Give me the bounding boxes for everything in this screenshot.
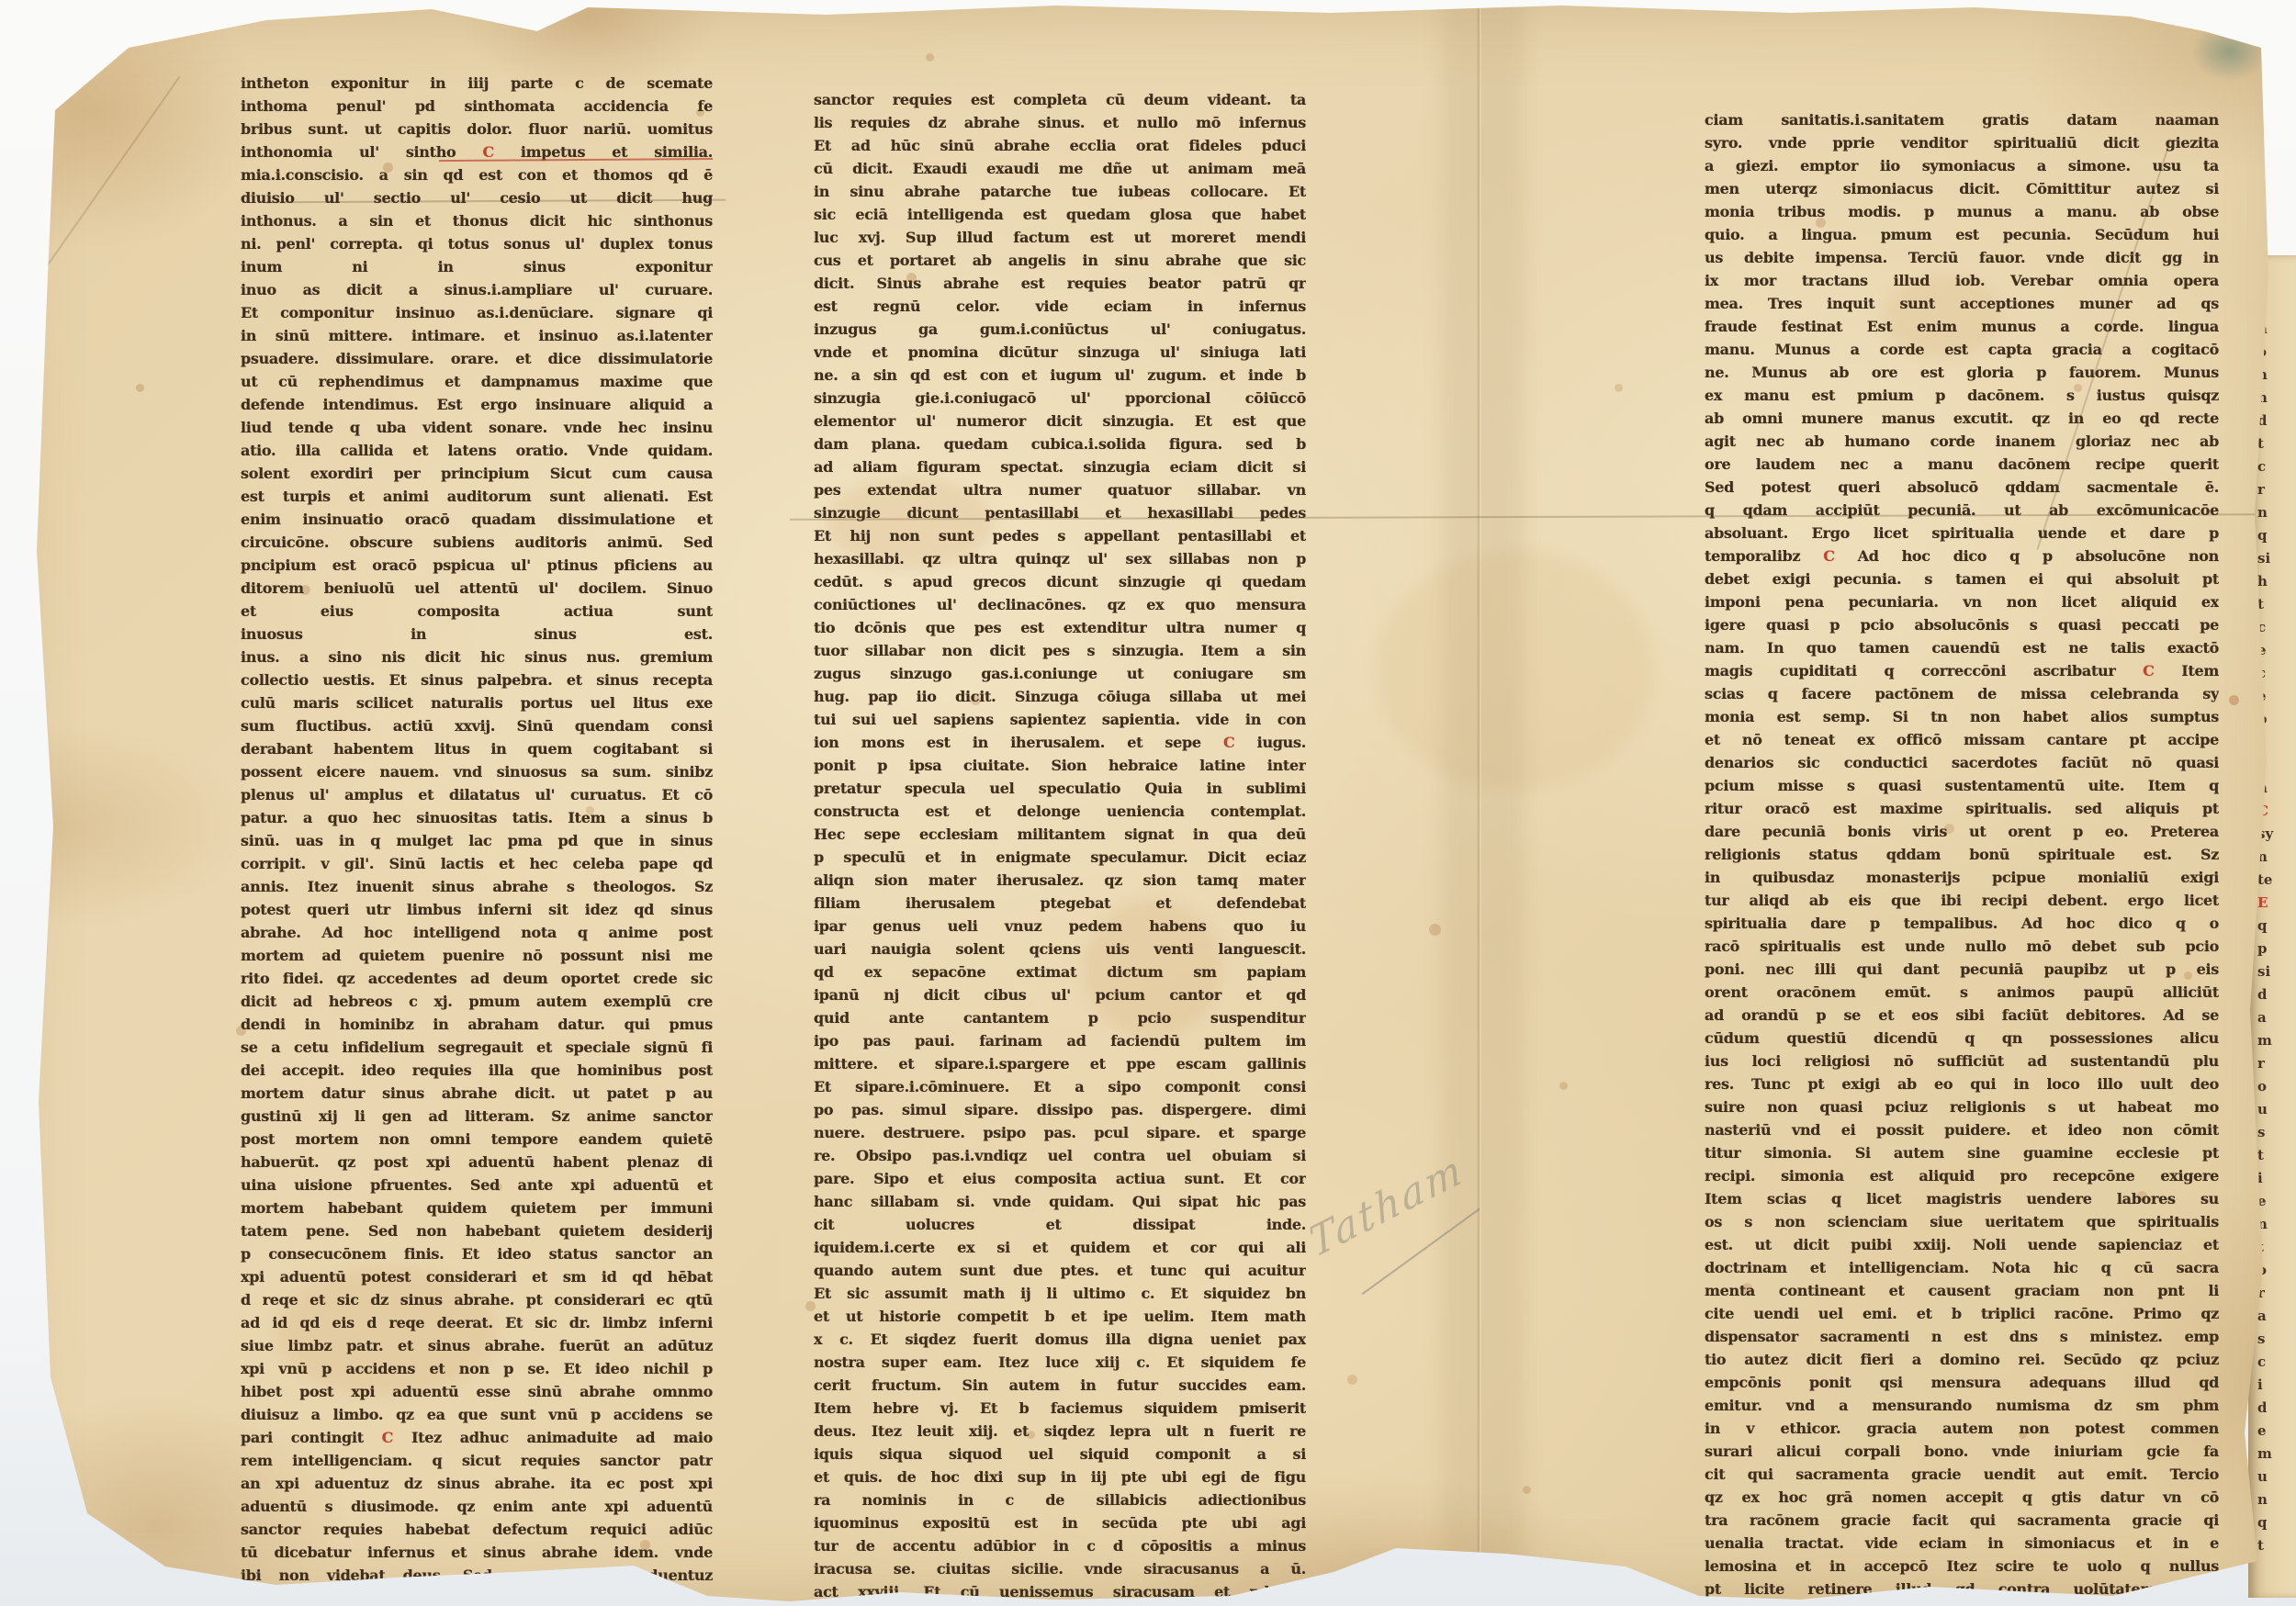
text-line: ciam sanitatis.i.sanitatem gratis datam …: [1705, 108, 2219, 131]
edge-letter-fragment: s: [2257, 1121, 2294, 1144]
text-line: doctrinam et intelligenciam. Nota hic q …: [1705, 1256, 2219, 1279]
text-line: luc xvj. Sup illud factum est ut moreret…: [814, 226, 1306, 249]
text-line: liud tende q uba vident sonare. vnde hec…: [241, 416, 713, 439]
text-line: Sinthoma penul' pd sinthomata accidencia…: [241, 95, 713, 118]
edge-letter-fragment: c: [2257, 455, 2294, 478]
text-line: sinū. uas in q mulget lac pma pd que in …: [241, 829, 713, 852]
text-line: nostra super eam. Itez luce xiij c. Et s…: [814, 1351, 1306, 1374]
edge-letter-fragment: c: [2257, 1351, 2294, 1374]
text-line: pt licite retinere illud qd contra uolūt…: [1705, 1578, 2219, 1600]
text-line: et ut historie competit b et ipe uelim. …: [814, 1305, 1306, 1328]
edge-letter-fragment: a: [2257, 1305, 2294, 1328]
text-line: Sipar genus ueli vnuz pedem habens quo i…: [814, 915, 1306, 938]
text-line: Sinzugus ga gum.i.coniūctus ul' coniugat…: [814, 318, 1306, 341]
text-line: ni. penl' correpta. qi totus sonus ul' d…: [241, 232, 713, 255]
edge-letter-fragment: t: [2257, 432, 2294, 455]
text-line: pes extendat ultra numer quatuor sillaba…: [814, 478, 1306, 501]
text-line: res. Tunc pt exigi ab eo qui in loco ill…: [1705, 1073, 2219, 1095]
text-line: habuerūt. qz post xpi aduentū habent ple…: [241, 1151, 713, 1174]
text-line: coniūctiones ul' declinacōnes. qz ex quo…: [814, 593, 1306, 616]
text-line: sanctor requies est completa cū deum vid…: [814, 88, 1306, 111]
text-line: tuor sillabar non dicit pes s sinzugia. …: [814, 639, 1306, 662]
text-line: possent eicere nauem. vnd sinuosus sa su…: [241, 760, 713, 783]
text-line: nasteriū vnd ei possit puidere. et ideo …: [1705, 1118, 2219, 1141]
text-line: cite uendi uel emi. et b triplici racōne…: [1705, 1302, 2219, 1325]
text-line: Sinuosus in sinus est.: [241, 623, 713, 646]
text-line: qz ex hoc grā nomen accepit q gtis datur…: [1705, 1486, 2219, 1509]
text-line: dispensator sacramenti n est dns s minis…: [1705, 1325, 2219, 1348]
text-line: ponit p ipsa ciuitate. Sion hebraice lat…: [814, 754, 1306, 777]
text-line: cūdum questiū dicendū q qn possessiones …: [1705, 1027, 2219, 1050]
text-line: zugus sinzugo gas.i.coniunge ut coniugar…: [814, 662, 1306, 685]
edge-letter-fragment: sy: [2257, 823, 2294, 846]
text-line: siue limbz patr. et sinus abrahe. fuerūt…: [241, 1334, 713, 1357]
text-line: Sipo pas paui. farinam ad faciendū pulte…: [814, 1029, 1306, 1052]
edge-letter-fragment: E: [2257, 892, 2294, 915]
text-line: agit nec ab humano corde inanem gloriaz …: [1705, 430, 2219, 453]
rubric-paragraph-mark: C: [382, 1429, 393, 1446]
text-line: titur simonia. Si autem sine guamine ecc…: [1705, 1141, 2219, 1164]
text-line: xpi aduentū potest considerari et sm id …: [241, 1265, 713, 1288]
text-line: dare pecuniā bonis viris ut orent p eo. …: [1705, 820, 2219, 843]
edge-letter-fragment: e: [2257, 1420, 2294, 1443]
edge-letter-fragment: e: [2257, 1190, 2294, 1213]
edge-letter-fragment: n: [2257, 387, 2294, 410]
stain: [1378, 551, 1653, 790]
text-line: Sinus. a sino nis dicit hic sinus nus. g…: [241, 646, 713, 668]
text-line: cerit fructum. Sin autem in futur succid…: [814, 1374, 1306, 1397]
text-line: pari contingit C Itez adhuc animaduite a…: [241, 1426, 713, 1449]
text-line: sum fluctibus. actiū xxvij. Sinū quendam…: [241, 714, 713, 737]
text-line: temporalibz C Ad hoc dico q p absolucōne…: [1705, 545, 2219, 567]
text-line: cū dicit. Exaudi exaudi me dñe ut animam…: [814, 157, 1306, 180]
text-line: annis. Itez inuenit sinus abrahe s theol…: [241, 875, 713, 898]
text-line: in v ethicor. gracia autem non potest co…: [1705, 1417, 2219, 1440]
text-line: Sinuo as dicit a sinus.i.ampliare ul' cu…: [241, 278, 713, 301]
edge-letter-fragment: t: [2257, 593, 2294, 616]
text-line: monia est semp. Si tn non habet alios su…: [1705, 705, 2219, 728]
text-line: ne. a sin qd est con et iugum ul' zugum.…: [814, 364, 1306, 387]
text-line: sinzugia gie.i.coniugacō ul' pporcional …: [814, 387, 1306, 410]
text-line: Sinthonomia ul' sintho C impetus et simi…: [241, 140, 713, 163]
text-line: fraude festinat Est enim munus a corde. …: [1705, 315, 2219, 338]
text-line: ix mor tractans illud iob. Verebar omnia…: [1705, 269, 2219, 292]
text-line: dei accepit. ideo requies illa que homin…: [241, 1059, 713, 1082]
text-line: dicit ad hebreos c xj. pmum autem exempl…: [241, 990, 713, 1013]
text-line: os s non scienciam siue ueritatem que sp…: [1705, 1210, 2219, 1233]
text-line: sic eciā intelligenda est quedam glosa q…: [814, 203, 1306, 226]
text-line: d reqe et sic dz sinus abrahe. pt consid…: [241, 1288, 713, 1311]
text-line: scias q facere pactōnem de missa celebra…: [1705, 682, 2219, 705]
text-line: qd ex sepacōne extimat dictum sm papiam: [814, 960, 1306, 983]
text-line: Et sic assumit math ij li ultimo c. Et s…: [814, 1282, 1306, 1305]
edge-letter-fragment: a: [2257, 1006, 2294, 1029]
text-line: ritur oracō est maxime spiritualis. sed …: [1705, 797, 2219, 820]
text-line: sinzugie dicunt pentasillabi et hexasill…: [814, 501, 1306, 524]
text-line: patur. a quo hec sinuositas tatis. Item …: [241, 806, 713, 829]
text-line: diuisuz a limbo. qz ea que sunt vnū p ac…: [241, 1403, 713, 1426]
text-line: hug. pap iio dicit. Sinzuga cōiuga silla…: [814, 685, 1306, 708]
text-line: nuere. destruere. psipo pas. pcul sipare…: [814, 1121, 1306, 1144]
text-line: tra racōnem gracie facit qui sacramenta …: [1705, 1509, 2219, 1532]
text-line: se a cetu infidelium segregauit et speci…: [241, 1036, 713, 1059]
edge-letter-fragment: n: [2257, 1488, 2294, 1511]
rubric-paragraph-mark: C: [482, 143, 493, 161]
text-line: et eius composita actiua sunt: [241, 600, 713, 623]
edge-letter-fragment: u: [2257, 1098, 2294, 1121]
text-line: a giezi. emptor iio symoniacus a simone.…: [1705, 154, 2219, 177]
text-line: tio dcōnis que pes est extenditur ultra …: [814, 616, 1306, 639]
text-line: in sinu abrahe patarche tue iubeas collo…: [814, 180, 1306, 203]
text-line: est turpis et animi auditorum sunt alien…: [241, 485, 713, 508]
text-line: diuisio ul' sectio ul' cesio ut dicit hu…: [241, 186, 713, 209]
text-line: tui sui uel sapiens sapientez sapientia.…: [814, 708, 1306, 731]
green-stain: [2191, 22, 2268, 81]
text-line: Et sipare.i.cōminuere. Et a sipo componi…: [814, 1075, 1306, 1098]
text-line: absoluant. Ergo licet spiritualia uende …: [1705, 522, 2219, 545]
pencil-inscription: Tatham: [1306, 1148, 1468, 1264]
text-line: Siracusa se. ciuitas sicilie. vnde sirac…: [814, 1557, 1306, 1580]
text-line: us debite impensa. Terciū fauor. vnde di…: [1705, 246, 2219, 269]
text-line: solent exordiri per principium Sicut cum…: [241, 462, 713, 485]
text-line: ad id qd eis d reqe deerat. Et sic dr. l…: [241, 1311, 713, 1334]
text-column-middle: sanctor requies est completa cū deum vid…: [814, 88, 1306, 1606]
text-line: Et hij non sunt pedes s appellant pentas…: [814, 524, 1306, 547]
text-line: re. Obsipo pas.i.vndiqz uel contra uel o…: [814, 1144, 1306, 1167]
text-line: Sipanū nj dicit cibus ul' pcium cantor e…: [814, 983, 1306, 1006]
text-line: cus et portaret ab angelis in sinu abrah…: [814, 249, 1306, 272]
edge-letter-fragment: n: [2257, 1213, 2294, 1236]
edge-letter-fragment: p: [2257, 938, 2294, 960]
text-line: tū dicebatur infernus et sinus abrahe id…: [241, 1541, 713, 1564]
text-line: igere quasi p pcio absolucōnis s quasi p…: [1705, 613, 2219, 636]
edge-letter-fragment: r: [2257, 1282, 2294, 1305]
edge-letter-fragment: d: [2257, 1397, 2294, 1420]
text-line: aliqn sion mater iherusalez. qz sion tam…: [814, 869, 1306, 892]
text-line: mea. Tres inquit sunt acceptiones muner …: [1705, 292, 2219, 315]
text-line: uari nauigia solent qciens uis venti lan…: [814, 938, 1306, 960]
edge-letter-fragment: h: [2257, 570, 2294, 593]
foxing-spots: [0, 0, 5, 5]
text-line: empcōnis ponit qsi mensura adequans illu…: [1705, 1371, 2219, 1394]
edge-letter-fragment: si: [2257, 547, 2294, 570]
text-line: recipi. simonia est aliquid pro recepcōn…: [1705, 1164, 2219, 1187]
text-line: act xxviij. Et cū uenissemus siracusam e…: [814, 1580, 1306, 1603]
edge-letter-fragment: n: [2257, 846, 2294, 869]
text-line: quid ante cantantem p pcio suspenditur: [814, 1006, 1306, 1029]
text-line: tatem pene. Sed non habebant quietem des…: [241, 1219, 713, 1242]
text-line: sanctor requies habebat defectum requici…: [241, 1518, 713, 1541]
text-line: Sinum ni in sinus exponitur: [241, 255, 713, 278]
edge-letter-fragment: t: [2257, 1144, 2294, 1167]
text-line: dam plana. quedam cubica.i.solida figura…: [814, 432, 1306, 455]
text-line: tio autez dicit fieri a domino rei. Secū…: [1705, 1348, 2219, 1371]
text-line: ad orandū p se et eos sibi faciūt debito…: [1705, 1004, 2219, 1027]
text-line: Sed potest queri absolucō qddam sacmenta…: [1705, 476, 2219, 499]
text-line: mortem habebant quidem quietem per immun…: [241, 1196, 713, 1219]
text-line: pcium misse s quasi sustentamentū uite. …: [1705, 774, 2219, 797]
text-line: an xpi aduentuz dz sinus abrahe. ita ec …: [241, 1472, 713, 1495]
text-line: ius loci religiosi nō sufficiūt ad suste…: [1705, 1050, 2219, 1073]
text-line: derabant habentem litus in quem cogitaba…: [241, 737, 713, 760]
text-line: quando autem sunt due ptes. et tunc qui …: [814, 1259, 1306, 1282]
text-line: plenus ul' amplus et dilatatus ul' curua…: [241, 783, 713, 806]
text-line: q qdam accipiūt pecuniā. ut ab excōmunic…: [1705, 499, 2219, 522]
edge-letter-fragment: q: [2257, 915, 2294, 938]
text-line: uina uisione pfruentes. Sed ante xpi adu…: [241, 1174, 713, 1196]
text-line: defende intendimus. Est ergo insinuare a…: [241, 393, 713, 416]
text-line: manu. Munus a corde est capta gracia a c…: [1705, 338, 2219, 361]
text-line: Item hebre vj. Et b faciemus siquidem pm…: [814, 1397, 1306, 1420]
text-line: Siquidem.i.certe ex si et quidem et cor …: [814, 1236, 1306, 1259]
text-line: Item scias q licet magistris uendere lab…: [1705, 1187, 2219, 1210]
rubric-paragraph-mark: C: [2143, 662, 2154, 679]
text-line: gustinū xij li gen ad litteram. Sz anime…: [241, 1105, 713, 1128]
text-line: religionis status qddam bonū spirituale …: [1705, 843, 2219, 866]
text-line: pncipium est oracō pspicua ul' ptinus pf…: [241, 554, 713, 577]
text-line: ab omni munere manus excutit. qz in eo q…: [1705, 407, 2219, 430]
text-line: cit qui sacramenta gracie uendit aut emi…: [1705, 1463, 2219, 1486]
scanned-incunable-leaf: { "document": { "kind": "Early printed L…: [0, 0, 2296, 1606]
text-line: emitur. vnd a mensurando numisma dz sm p…: [1705, 1394, 2219, 1417]
edge-letter-fragment: i: [2257, 1167, 2294, 1190]
text-column-right: ciam sanitatis.i.sanitatem gratis datam …: [1705, 108, 2219, 1605]
text-line: debet exigi pecunia. s tamen ei qui abso…: [1705, 567, 2219, 590]
text-line: ore laudem nec a manu dacōnem recipe que…: [1705, 453, 2219, 476]
edge-letter-fragment: m: [2257, 1443, 2294, 1466]
edge-letter-fragment: t: [2257, 1534, 2294, 1557]
text-line: rem intelligenciam. q sicut requies sanc…: [241, 1449, 713, 1472]
edge-letter-fragment: o: [2257, 1075, 2294, 1098]
text-line: est regnū celor. vide eciam in infernus: [814, 295, 1306, 318]
text-line: post mortem non omni tempore eandem quie…: [241, 1128, 713, 1151]
text-line: deus. Itez leuit xiij. et siqdez lepra u…: [814, 1420, 1306, 1443]
text-line: ad aliam figuram spectat. sinzugia eciam…: [814, 455, 1306, 478]
text-line: Sinthonus. a sin et thonus dicit hic sin…: [241, 209, 713, 232]
text-line: nam. In quo tamen cauendū est ne talis e…: [1705, 636, 2219, 659]
text-line: enim insinuatio oracō quadam dissimulati…: [241, 508, 713, 531]
text-line: ditorem beniuolū uel attentū ul' docilem…: [241, 577, 713, 600]
edge-letter-fragment: u: [2257, 1466, 2294, 1488]
text-line: pretatur specula uel speculatio Quia in …: [814, 777, 1306, 800]
text-line: et quis. de hoc dixi sup in iij pte ubi …: [814, 1466, 1306, 1488]
edge-letter-fragment: c: [2257, 616, 2294, 639]
text-line: mortem ad quietem puenire nō possunt nis…: [241, 944, 713, 967]
text-column-left: Sintheton exponitur in iiij parte c de s…: [241, 72, 713, 1591]
text-line: Et ad hūc sinū abrahe ecclia orat fidele…: [814, 134, 1306, 157]
text-line: in quibusdaz monasterijs pcipue monialiū…: [1705, 866, 2219, 889]
text-line: vnde et pnomina dicūtur sinzuga ul' sini…: [814, 341, 1306, 364]
text-line: Sintheton exponitur in iiij parte c de s…: [241, 72, 713, 95]
text-line: surari alicui corpali bono. vnde iniuria…: [1705, 1440, 2219, 1463]
text-line: men uterqz simoniacus dicit. Cōmittitur …: [1705, 177, 2219, 200]
text-line: suire non quasi pciuz religionis s ut ha…: [1705, 1095, 2219, 1118]
edge-letter-fragment: i: [2257, 1374, 2294, 1397]
text-line: potest queri utr limbus inferni sit idez…: [241, 898, 713, 921]
edge-letter-fragment: c: [2257, 662, 2294, 685]
text-line: ibi non videbat deus. Sed qz post xpi ad…: [241, 1564, 713, 1587]
text-line: spiritualia dare p tempalibus. Ad hoc di…: [1705, 912, 2219, 935]
text-line: xpi vnū p accidens et non p se. Et ideo …: [241, 1357, 713, 1380]
text-line: lis requies dz abrahe sinus. et nullo mō…: [814, 111, 1306, 134]
text-line: mia.i.conscisio. a sin qd est con et tho…: [241, 163, 713, 186]
text-line: hanc sillabam si. vnde quidam. Qui sipat…: [814, 1190, 1306, 1213]
text-line: mittere. et sipare.i.spargere et ppe esc…: [814, 1052, 1306, 1075]
edge-letter-fragment: t: [2257, 1236, 2294, 1259]
edge-letter-fragment: d: [2257, 983, 2294, 1006]
center-fold-crease: [1477, 0, 1481, 1606]
edge-letter-fragment: n: [2257, 501, 2294, 524]
text-line: racō spiritualis est unde nullo mō debet…: [1705, 935, 2219, 958]
text-line: pare. Sipo et eius composita actiua sunt…: [814, 1167, 1306, 1190]
text-line: culū maris scilicet naturalis portus uel…: [241, 691, 713, 714]
text-line: bribus sunt. ut capitis dolor. fluor nar…: [241, 118, 713, 140]
text-line: Siquis siqua siquod uel siquid componit …: [814, 1443, 1306, 1466]
text-line: collectio uestis. Et sinus palpebra. et …: [241, 668, 713, 691]
text-line: monia tribus modis. p munus a manu. ab o…: [1705, 200, 2219, 223]
text-line: p consecucōnem finis. Et ideo status san…: [241, 1242, 713, 1265]
text-line: tur de accentu adūbior in c d cōpositis …: [814, 1534, 1306, 1557]
text-line: x c. Et siqdez fuerit domus illa digna u…: [814, 1328, 1306, 1351]
rubric-paragraph-mark: C: [1223, 734, 1234, 751]
text-line: denarios sic conductici sacerdotes faciū…: [1705, 751, 2219, 774]
text-line: Et componitur insinuo as.i.denūciare. si…: [241, 301, 713, 324]
rubric-paragraph-mark: C: [1823, 547, 1834, 565]
text-line: mortem datur sinus abrahe dicit. ut pate…: [241, 1082, 713, 1105]
text-line: elementor ul' numeror dicit sinzugia. Et…: [814, 410, 1306, 432]
text-line: orent oracōnem emūt. s animos paupū alli…: [1705, 981, 2219, 1004]
edge-letter-fragment: te: [2257, 869, 2294, 892]
rubric-paragraph-mark: E: [2257, 894, 2268, 911]
edge-letter-fragment: r: [2257, 1052, 2294, 1075]
text-line: abrahe. Ad hoc intelligend nota q anime …: [241, 921, 713, 944]
manuscript-page: Sintheton exponitur in iiij parte c de s…: [0, 0, 2296, 1606]
text-line: menta contineant et causent graciam non …: [1705, 1279, 2219, 1302]
text-line: syro. vnde pprie venditor spiritualiū di…: [1705, 131, 2219, 154]
text-line: est. ut dicit puibi xxiij. Noli uende sa…: [1705, 1233, 2219, 1256]
edge-letter-fragment: e: [2257, 639, 2294, 662]
edge-letter-fragment: r: [2257, 478, 2294, 501]
text-line: circuicōne. obscure subiens auditoris an…: [241, 531, 713, 554]
text-line: Siquominus expositū est in secūda pte ub…: [814, 1511, 1306, 1534]
text-line: magis cupiditati q correccōni ascribatur…: [1705, 659, 2219, 682]
text-line: dendi in hominibz in abraham datur. qui …: [241, 1013, 713, 1036]
text-line: corripit. v gil'. Sinū lactis et hec cel…: [241, 852, 713, 875]
text-line: ex manu est pmium p dacōnem. s iustus qu…: [1705, 384, 2219, 407]
text-line: lemosina et in accepcō Itez scire te uol…: [1705, 1555, 2219, 1578]
edge-letter-fragment: d: [2257, 410, 2294, 432]
text-line: hibet post xpi aduentū esse sinū abrahe …: [241, 1380, 713, 1403]
text-line: dicit. Sinus abrahe est requies beator p…: [814, 272, 1306, 295]
text-line: Hec sepe ecclesiam militantem signat in …: [814, 823, 1306, 846]
text-line: psuadere. dissimulare. orare. et dice di…: [241, 347, 713, 370]
text-line: tur aliqd ab eis que ibi recipi debent. …: [1705, 889, 2219, 912]
text-line: p speculū et in enigmate speculamur. Dic…: [814, 846, 1306, 869]
text-line: filiam iherusalem ptegebat et defendebat: [814, 892, 1306, 915]
text-line: Sion mons est in iherusalem. et sepe C i…: [814, 731, 1306, 754]
edge-letter-fragment: s: [2257, 1328, 2294, 1351]
text-line: ra nominis in c de sillabicis adiectioni…: [814, 1488, 1306, 1511]
center-fold-shadow: [1442, 0, 1525, 1606]
text-line: ne. Munus ab ore est gloria p fauorem. M…: [1705, 361, 2219, 384]
text-line: in sinū mittere. intimare. et insinuo as…: [241, 324, 713, 347]
text-line: quio. a lingua. pmum est pecunia. Secūdu…: [1705, 223, 2219, 246]
text-line: cit uolucres et dissipat inde.: [814, 1213, 1306, 1236]
text-line: poni. nec illi qui dant pecuniā paupibz …: [1705, 958, 2219, 981]
text-line: rito fidei. qz accedentes ad deum oporte…: [241, 967, 713, 990]
text-line: et nō teneat ex officō missam cantare pt…: [1705, 728, 2219, 751]
edge-letter-fragment: o: [2257, 1259, 2294, 1282]
text-line: aduentū s diusimode. qz enim ante xpi ad…: [241, 1495, 713, 1518]
diagonal-crease: [42, 76, 181, 273]
text-line: imponi pena pecuniaria. vn non licet ali…: [1705, 590, 2219, 613]
text-line: hexasillabi. qz ultra quinqz ul' sex sil…: [814, 547, 1306, 570]
edge-letter-fragment: q: [2257, 1511, 2294, 1534]
text-line: constructa est et delonge ueniencia cont…: [814, 800, 1306, 823]
text-line: ut cū rephendimus et dampnamus maxime qu…: [241, 370, 713, 393]
text-line: uenalia tractat. vide eciam in simoniacu…: [1705, 1532, 2219, 1555]
edge-letter-fragment: q: [2257, 524, 2294, 547]
text-line: po pas. simul sipare. dissipo pas. dispe…: [814, 1098, 1306, 1121]
text-line: atio. illa callida et latens oratio. Vnd…: [241, 439, 713, 462]
edge-letter-fragment: si: [2257, 960, 2294, 983]
edge-letter-fragment: m: [2257, 1029, 2294, 1052]
text-line: cedūt. s apud grecos dicunt sinzugie qi …: [814, 570, 1306, 593]
